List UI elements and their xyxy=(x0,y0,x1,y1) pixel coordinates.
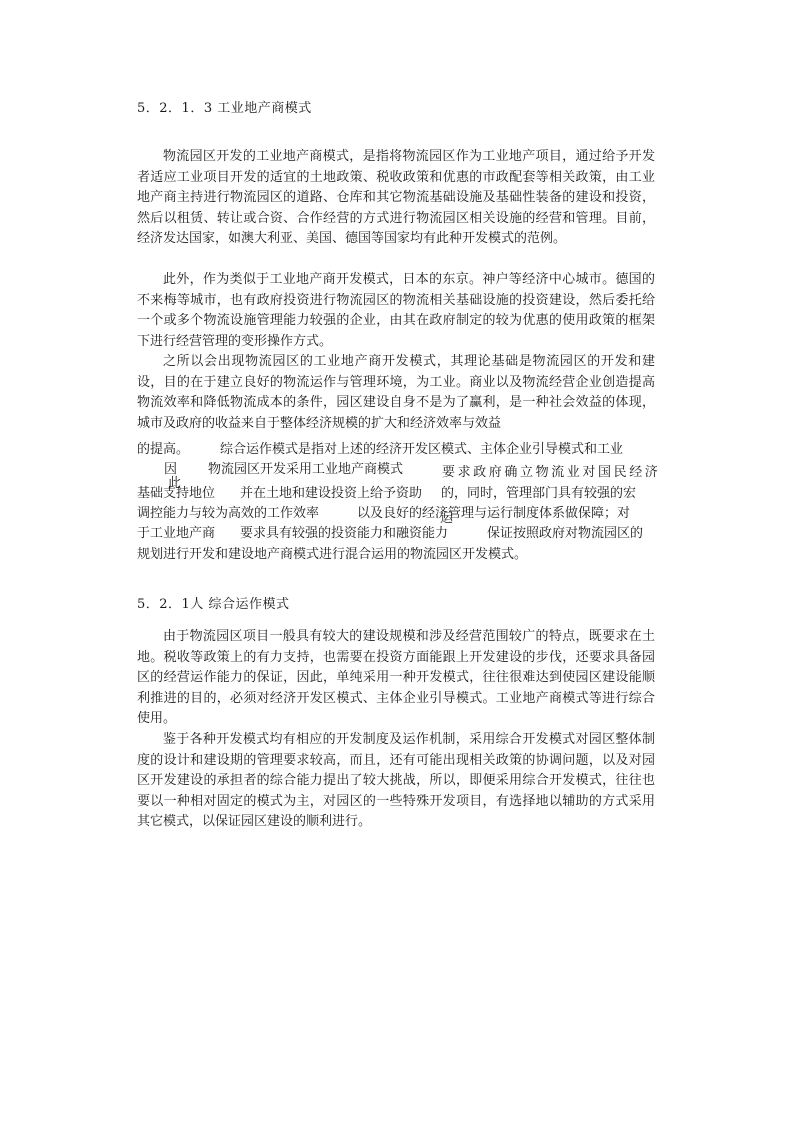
text-fragment: 物流园区开发采用工业地产商模式 xyxy=(208,462,403,478)
paragraph: 之所以会出现物流园区的工业地产商开发模式，其理论基础是物流园区的开发和建设，目的… xyxy=(137,352,655,434)
text-fragment: 保证按照政府对物流园区的 xyxy=(487,526,643,542)
text-fragment: 运 xyxy=(440,511,453,527)
text-fragment: 基础支持地位 xyxy=(137,486,215,502)
text-fragment: 规划进行开发和建设地产商模式进行混合运用的物流园区开发模式。 xyxy=(137,547,527,563)
text-fragment: 要求具有较强的投资能力和融资能力 xyxy=(240,526,448,542)
paragraph: 鉴于各种开发模式均有相应的开发制度及运作机制，采用综合开发模式对园区整体制度的设… xyxy=(137,730,655,833)
text-fragment: 于工业地产商 xyxy=(137,526,215,542)
paragraph: 物流园区开发的工业地产商模式，是指将物流园区作为工业地产项目，通过给予开发者适应… xyxy=(137,147,655,250)
section-heading-5-2-1-3: 5．2．1．3 工业地产商模式 xyxy=(137,101,312,117)
text-fragment: 调控能力与较为高效的工作效率 xyxy=(137,506,319,522)
text-fragment: 的，同时，管理部门具有较强的宏 xyxy=(441,486,636,502)
paragraph: 此外，作为类似于工业地产商开发模式，日本的东京。神户等经济中心城市。德国的不来梅… xyxy=(137,270,655,352)
section-heading-5-2-1-4: 5．2．1人 综合运作模式 xyxy=(137,597,289,613)
paragraph: 由于物流园区项目一般具有较大的建设规模和涉及经营范围较广的特点，既要求在土地。税… xyxy=(137,627,655,730)
text-fragment: 以及良好的经济管理与运行制度体系做保障；对 xyxy=(357,506,630,522)
text-fragment: 综合运作模式是指对上述的经济开发区模式、主体企业引导模式和工业 xyxy=(220,442,623,458)
text-fragment: 的提高。 xyxy=(137,442,189,458)
text-fragment: 并在土地和建设投资上给予资助 xyxy=(240,486,422,502)
document-page: 5．2．1．3 工业地产商模式 物流园区开发的工业地产商模式，是指将物流园区作为… xyxy=(0,0,793,1122)
text-fragment: 要求政府确立物流业对国民经济 xyxy=(442,465,660,481)
